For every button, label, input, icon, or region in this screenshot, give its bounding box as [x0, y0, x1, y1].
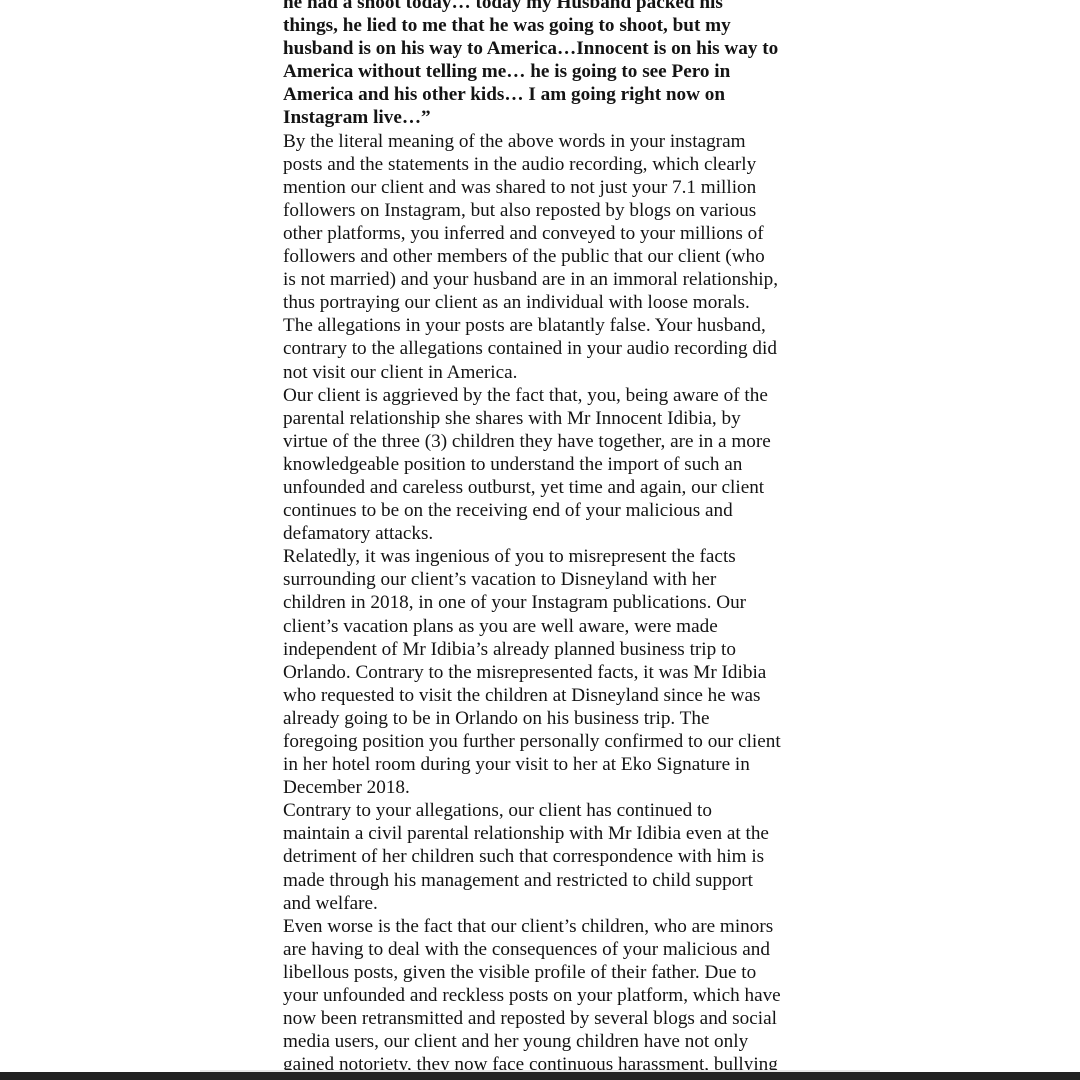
body-line: followers and other members of the publi…: [283, 245, 813, 268]
body-line: By the literal meaning of the above word…: [283, 130, 813, 153]
body-line: posts and the statements in the audio re…: [283, 153, 813, 176]
body-line: other platforms, you inferred and convey…: [283, 222, 813, 245]
body-line: continues to be on the receiving end of …: [283, 499, 813, 522]
quote-line: he had a shoot today… today my Husband p…: [283, 0, 813, 14]
body-line: children in 2018, in one of your Instagr…: [283, 591, 813, 614]
body-line: knowledgeable position to understand the…: [283, 453, 813, 476]
body-line: Orlando. Contrary to the misrepresented …: [283, 661, 813, 684]
letter-document: he had a shoot today… today my Husband p…: [283, 0, 813, 1076]
body-line: maintain a civil parental relationship w…: [283, 822, 813, 845]
body-line: Contrary to your allegations, our client…: [283, 799, 813, 822]
quote-line: Instagram live…”: [283, 106, 813, 129]
quote-line: husband is on his way to America…Innocen…: [283, 37, 813, 60]
body-line: virtue of the three (3) children they ha…: [283, 430, 813, 453]
body-line: are having to deal with the consequences…: [283, 938, 813, 961]
body-line: made through his management and restrict…: [283, 869, 813, 892]
body-line: media users, our client and her young ch…: [283, 1030, 813, 1053]
body-line: unfounded and careless outburst, yet tim…: [283, 476, 813, 499]
body-line: already going to be in Orlando on his bu…: [283, 707, 813, 730]
body-line: surrounding our client’s vacation to Dis…: [283, 568, 813, 591]
body-line: is not married) and your husband are in …: [283, 268, 813, 291]
body-line: defamatory attacks.: [283, 522, 813, 545]
body-line: thus portraying our client as an individ…: [283, 291, 813, 314]
body-line: Our client is aggrieved by the fact that…: [283, 384, 813, 407]
bottom-bar: [0, 1072, 1080, 1080]
body-line: Relatedly, it was ingenious of you to mi…: [283, 545, 813, 568]
quote-line: America without telling me… he is going …: [283, 60, 813, 83]
letter-body: By the literal meaning of the above word…: [283, 130, 813, 1077]
body-line: libellous posts, given the visible profi…: [283, 961, 813, 984]
body-line: and welfare.: [283, 892, 813, 915]
body-line: your unfounded and reckless posts on you…: [283, 984, 813, 1007]
body-line: independent of Mr Idibia’s already plann…: [283, 638, 813, 661]
body-line: parental relationship she shares with Mr…: [283, 407, 813, 430]
body-line: now been retransmitted and reposted by s…: [283, 1007, 813, 1030]
quote-line: America and his other kids… I am going r…: [283, 83, 813, 106]
body-line: not visit our client in America.: [283, 361, 813, 384]
body-line: detriment of her children such that corr…: [283, 845, 813, 868]
body-line: mention our client and was shared to not…: [283, 176, 813, 199]
quoted-audio-transcript: he had a shoot today… today my Husband p…: [283, 0, 813, 130]
body-line: followers on Instagram, but also reposte…: [283, 199, 813, 222]
body-line: foregoing position you further personall…: [283, 730, 813, 753]
body-line: contrary to the allegations contained in…: [283, 337, 813, 360]
body-line: December 2018.: [283, 776, 813, 799]
body-line: The allegations in your posts are blatan…: [283, 314, 813, 337]
quote-line: things, he lied to me that he was going …: [283, 14, 813, 37]
body-line: Even worse is the fact that our client’s…: [283, 915, 813, 938]
body-line: who requested to visit the children at D…: [283, 684, 813, 707]
body-line: client’s vacation plans as you are well …: [283, 615, 813, 638]
body-line: in her hotel room during your visit to h…: [283, 753, 813, 776]
